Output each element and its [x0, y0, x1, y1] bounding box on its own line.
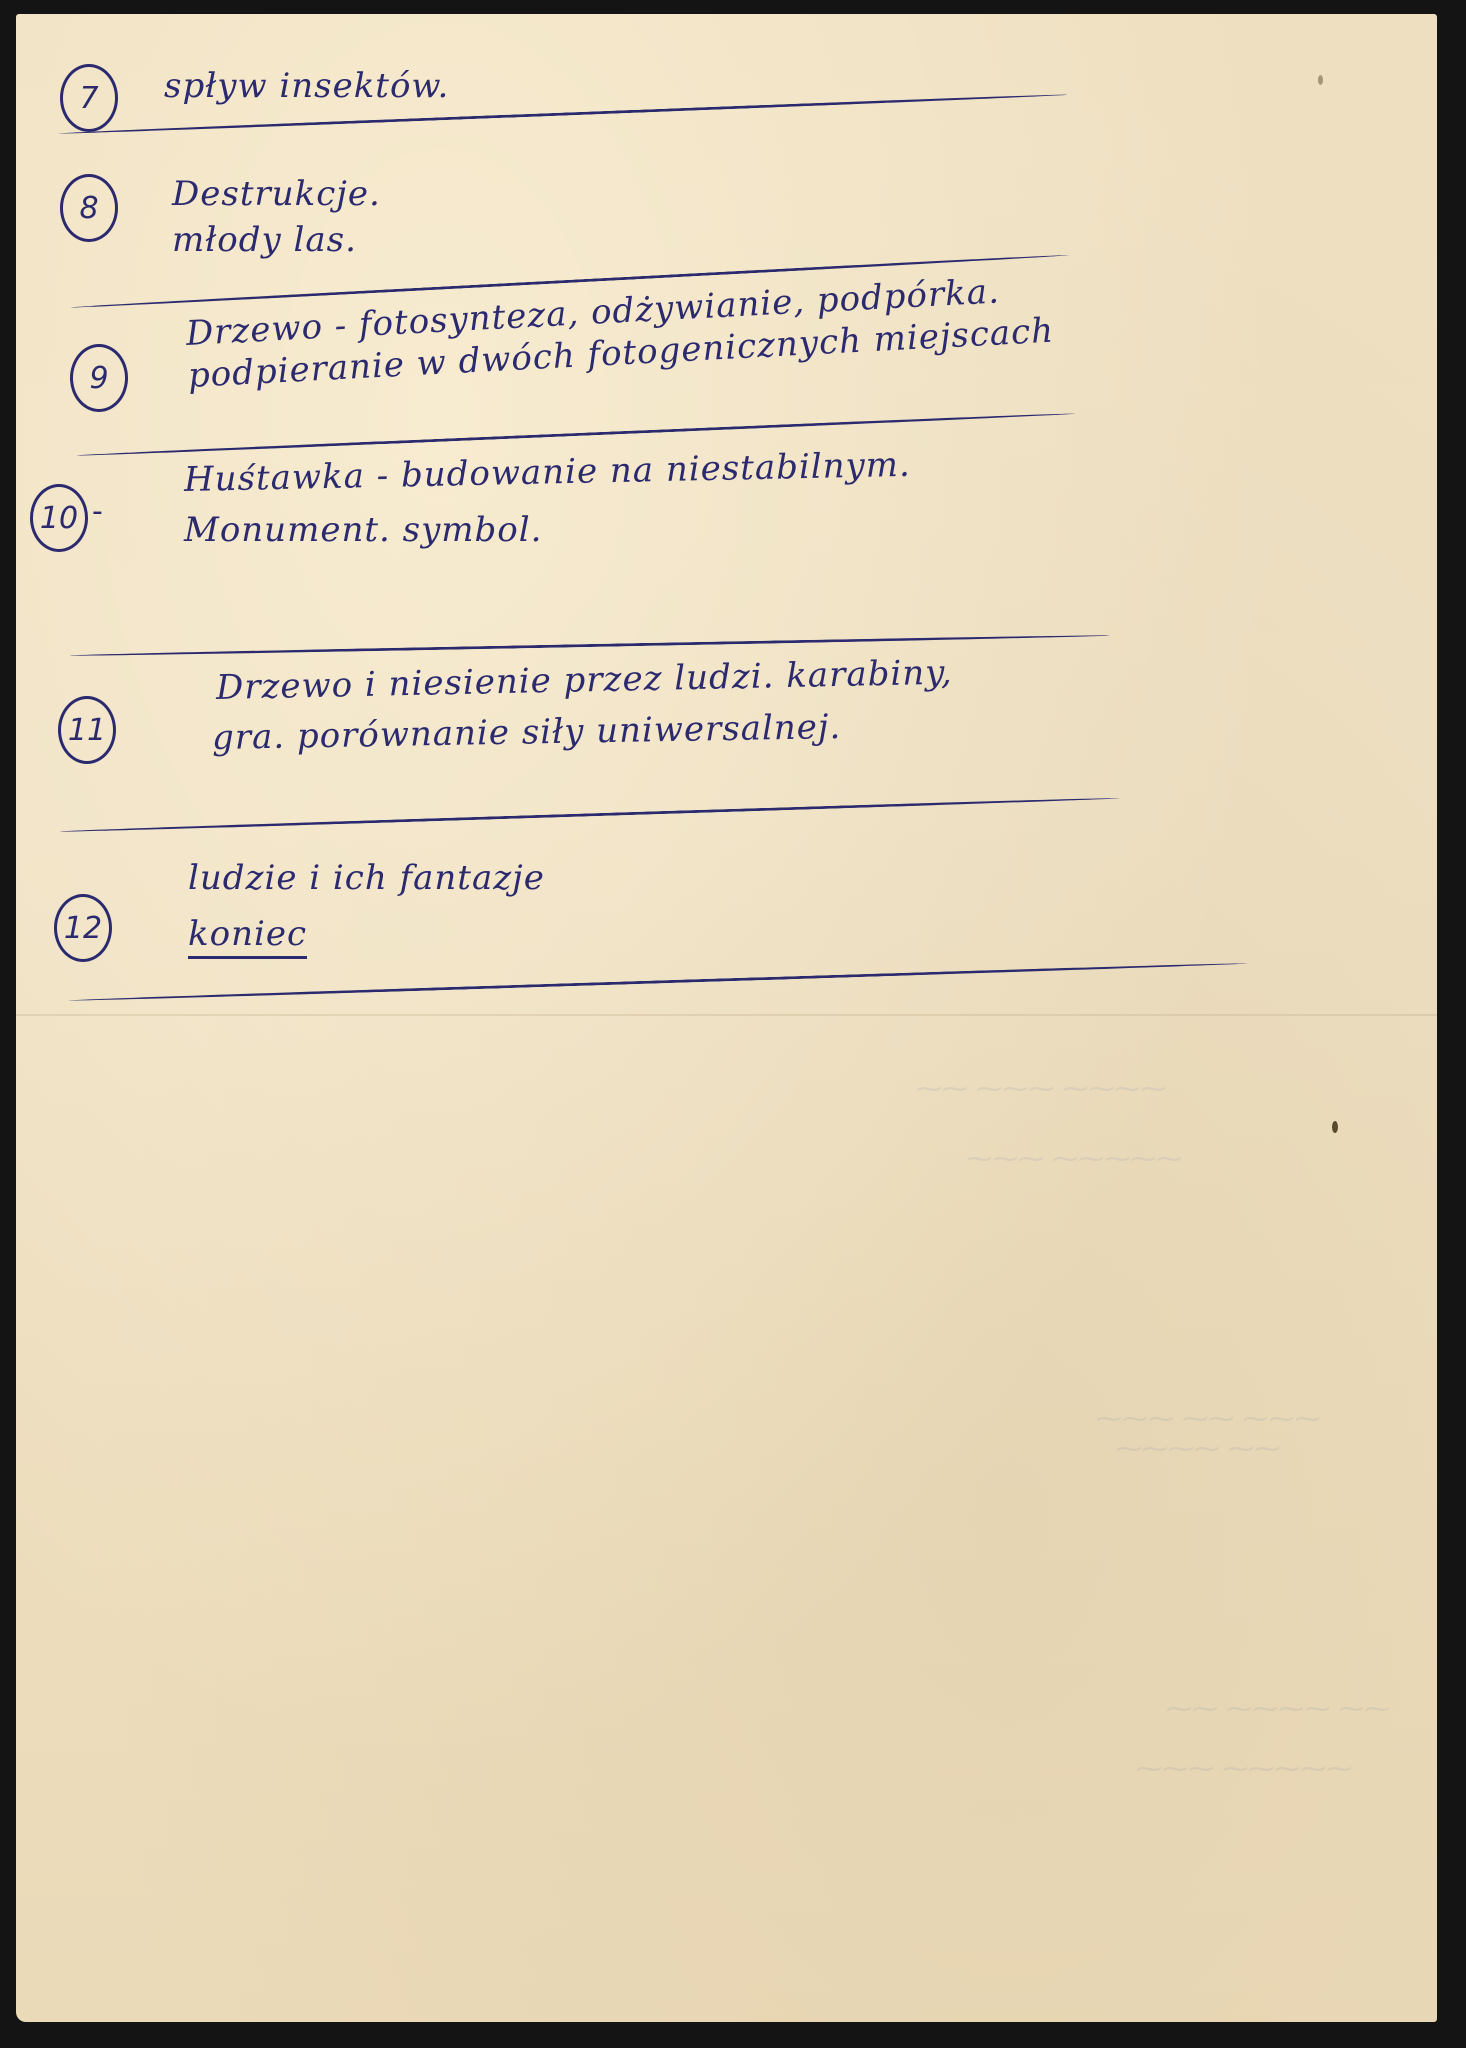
note-line: ludzie i ich fantazje: [188, 858, 545, 898]
separator-line: [70, 634, 1110, 657]
show-through: ⁓⁓⁓ ⁓⁓⁓⁓⁓: [966, 1144, 1182, 1174]
dash-mark: -: [92, 494, 103, 529]
note-line: Drzewo i niesienie przez ludzi. karabiny…: [216, 653, 953, 708]
show-through: ⁓⁓⁓⁓ ⁓⁓: [1116, 1434, 1280, 1464]
item-number-circle: 7: [60, 64, 118, 132]
show-through: ⁓⁓⁓ ⁓⁓ ⁓⁓⁓: [1096, 1404, 1321, 1434]
item-number-circle: 9: [70, 344, 128, 412]
note-line: Monument. symbol.: [184, 510, 542, 550]
item-number-circle: 11: [58, 696, 116, 764]
paper-speck: [1332, 1121, 1338, 1133]
separator-line: [60, 797, 1120, 833]
note-line-underlined: koniec: [188, 914, 307, 959]
paper-speck: [1318, 75, 1323, 85]
note-line: Huśtawka - budowanie na niestabilnym.: [184, 445, 912, 500]
paper-fold: [16, 1014, 1437, 1016]
note-line: spływ insektów.: [164, 66, 449, 106]
show-through: ⁓⁓⁓ ⁓⁓⁓⁓⁓: [1136, 1754, 1352, 1784]
show-through: ⁓⁓ ⁓⁓⁓⁓ ⁓⁓: [1166, 1694, 1391, 1724]
note-line: gra. porównanie siły uniwersalnej.: [212, 707, 842, 758]
note-line: Destrukcje.: [172, 174, 381, 214]
note-line: młody las.: [172, 220, 357, 260]
item-number-circle: 10: [30, 484, 88, 552]
paper-sheet: ⁓⁓ ⁓⁓⁓ ⁓⁓⁓⁓ ⁓⁓⁓ ⁓⁓⁓⁓⁓ ⁓⁓⁓ ⁓⁓ ⁓⁓⁓ ⁓⁓⁓⁓ ⁓⁓…: [16, 14, 1437, 2022]
item-number-circle: 8: [60, 174, 118, 242]
item-number-circle: 12: [54, 894, 112, 962]
show-through: ⁓⁓ ⁓⁓⁓ ⁓⁓⁓⁓: [916, 1074, 1167, 1104]
separator-line: [68, 962, 1248, 1002]
separator-line: [76, 412, 1075, 457]
